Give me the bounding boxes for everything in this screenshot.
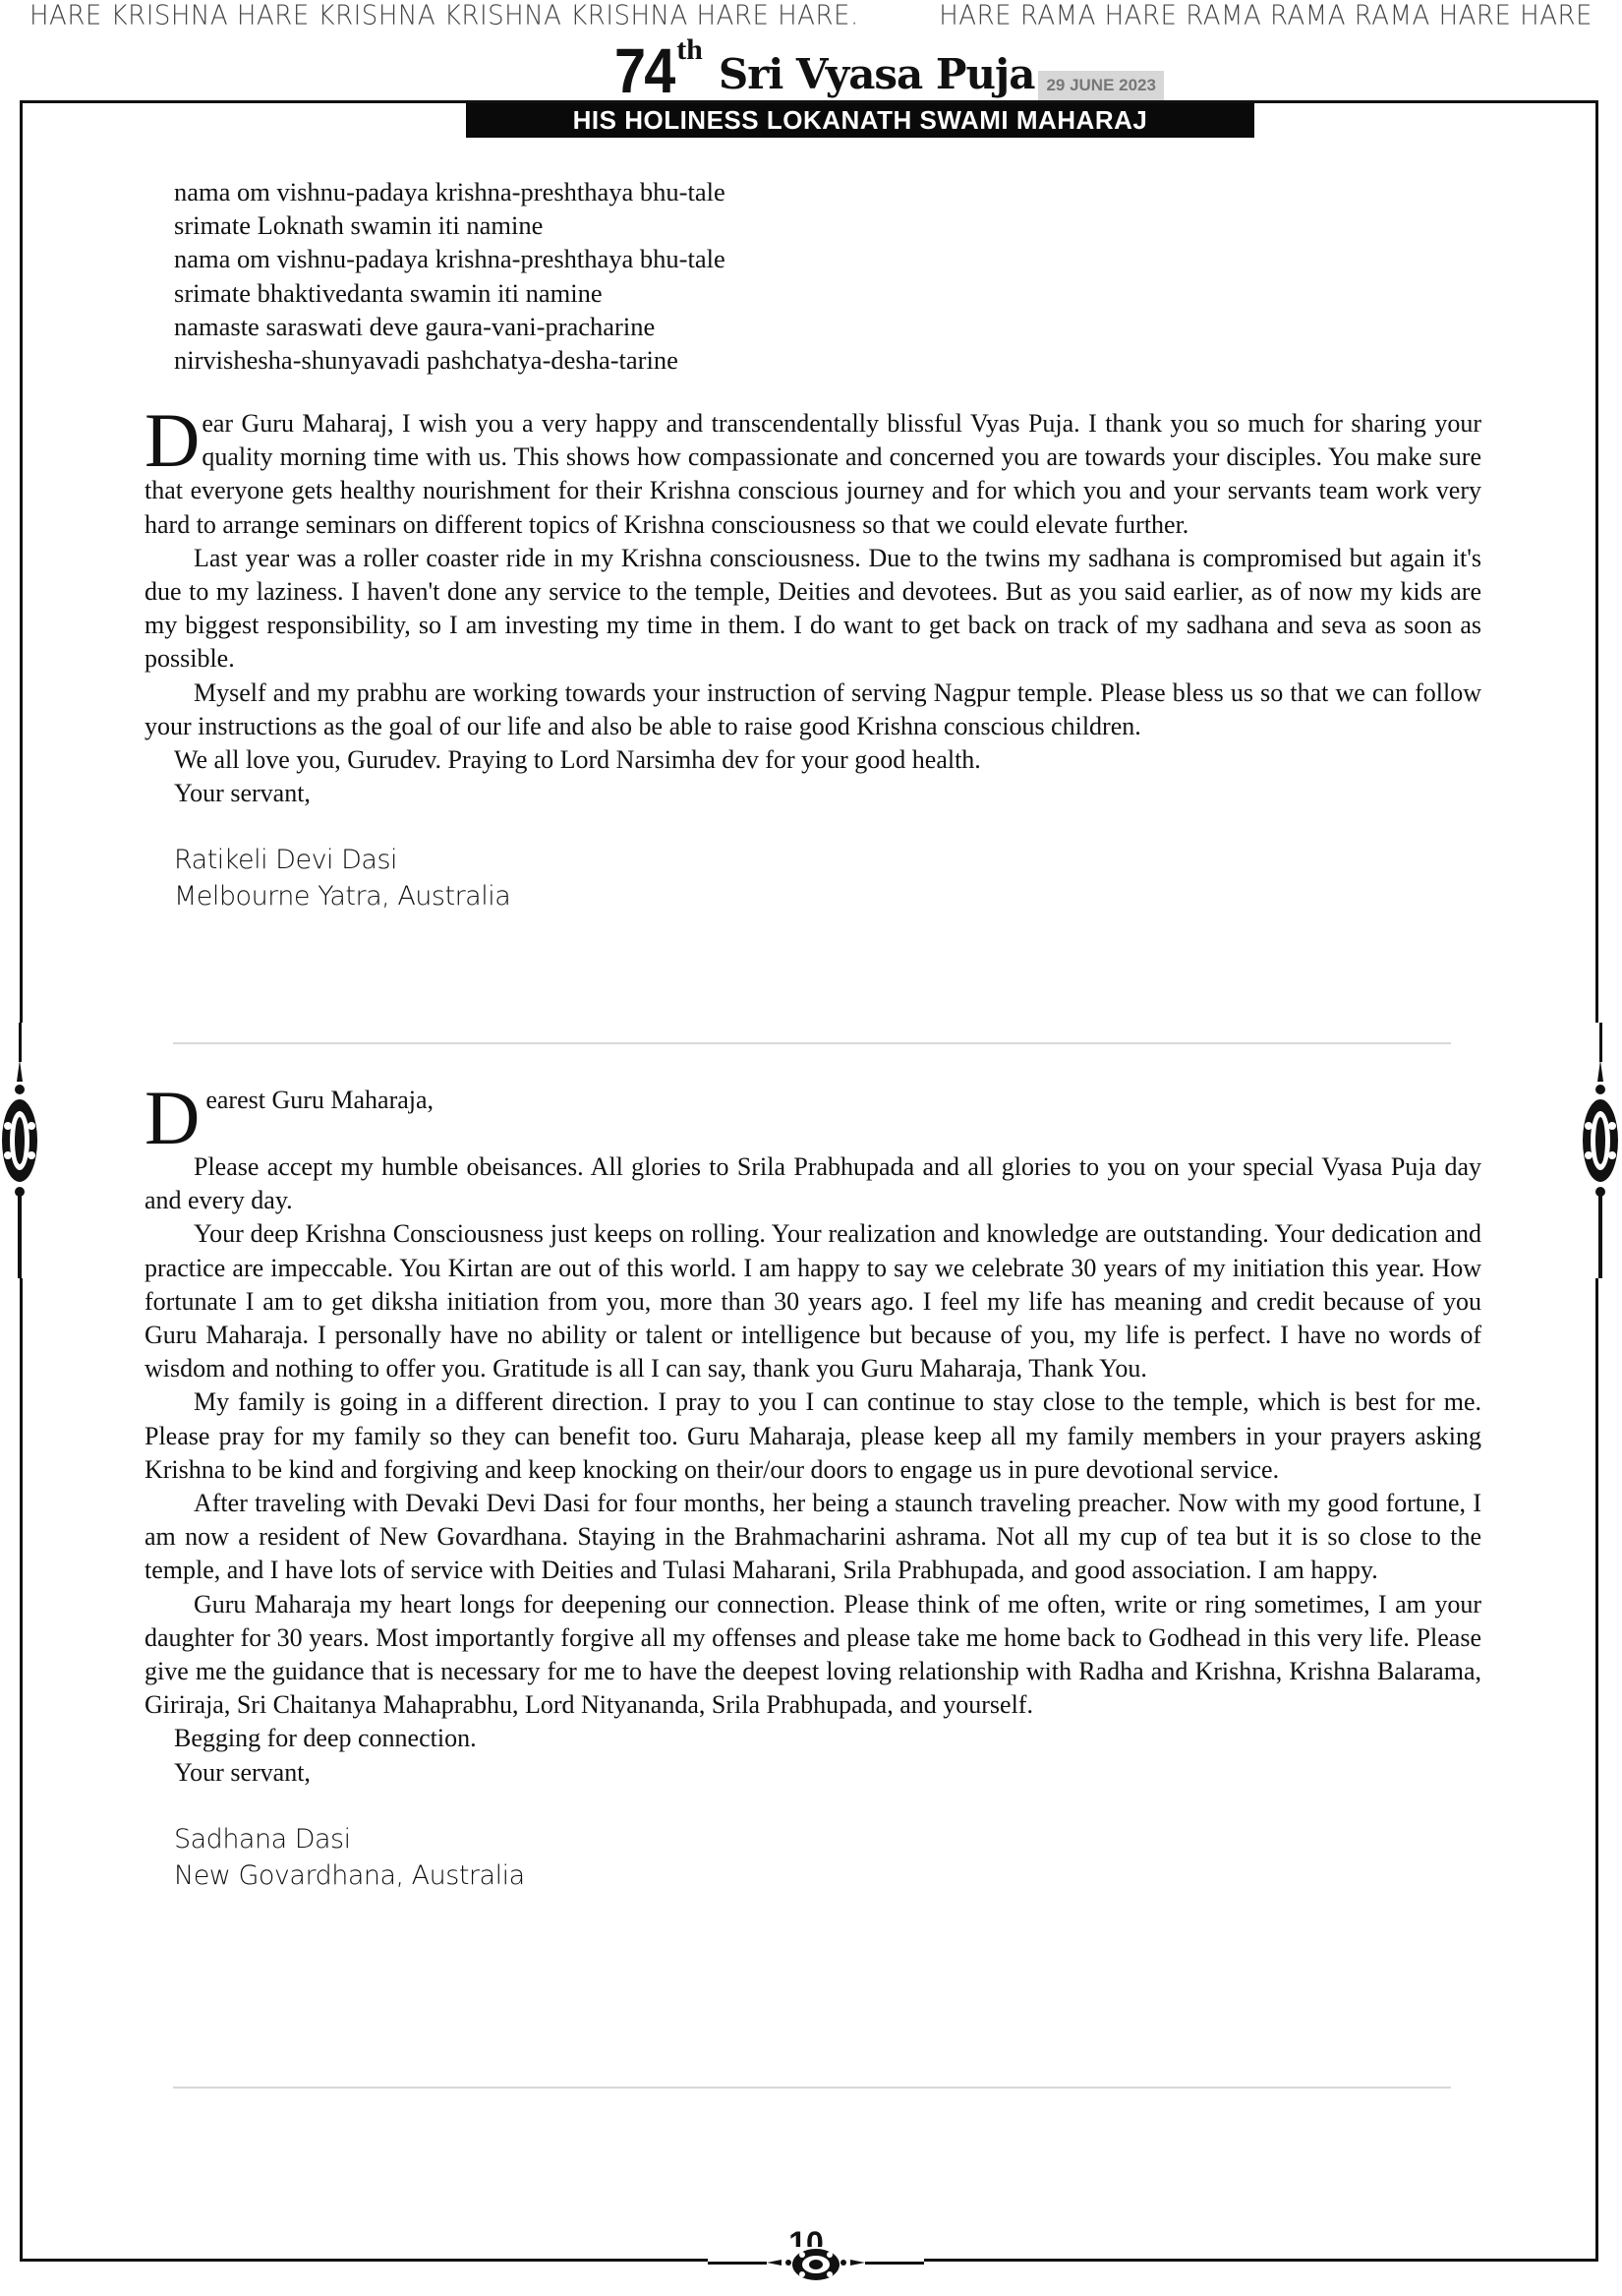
filigree-ornament-icon — [1581, 1023, 1620, 1278]
verse-line: nama om vishnu-padaya krishna-preshthaya… — [174, 175, 1511, 208]
section-divider — [173, 2087, 1451, 2089]
verse-line: nama om vishnu-padaya krishna-preshthaya… — [174, 242, 1511, 275]
title-superscript: th — [676, 33, 703, 67]
letter-paragraph: Last year was a roller coaster ride in m… — [145, 542, 1481, 677]
verse-line: nirvishesha-shunyavadi pashchatya-desha-… — [174, 343, 1511, 377]
signature-name: Ratikeli Devi Dasi — [174, 842, 1481, 878]
filigree-ornament-icon — [0, 1023, 39, 1278]
name-banner: HIS HOLINESS LOKANATH SWAMI MAHARAJ — [466, 103, 1254, 138]
mantra-left: HARE KRISHNA HARE KRISHNA KRISHNA KRISHN… — [29, 0, 859, 34]
closing-line: Begging for deep connection. — [145, 1722, 1481, 1755]
letter-sadhana: Dearest Guru Maharaja, Please accept my … — [145, 1084, 1481, 1894]
signature-place: Melbourne Yatra, Australia — [174, 878, 1481, 914]
letter-paragraph: My family is going in a different direct… — [145, 1385, 1481, 1487]
letter-paragraph: Dear Guru Maharaj, I wish you a very hap… — [145, 407, 1481, 542]
page-title: 74 th Sri Vyasa Puja 29 JUNE 2023 — [614, 37, 1164, 100]
signature-place: New Govardhana, Australia — [174, 1857, 1481, 1894]
mantra-right: HARE RAMA HARE RAMA RAMA RAMA HARE HARE — [939, 0, 1593, 34]
salutation: Dearest Guru Maharaja, — [145, 1084, 1481, 1150]
signature-name: Sadhana Dasi — [174, 1821, 1481, 1857]
title-text: Sri Vyasa Puja — [719, 49, 1035, 100]
letter-paragraph: After traveling with Devaki Devi Dasi fo… — [145, 1487, 1481, 1588]
section-divider — [173, 1042, 1451, 1044]
letter-paragraph: Your deep Krishna Consciousness just kee… — [145, 1217, 1481, 1385]
closing-line: We all love you, Gurudev. Praying to Lor… — [145, 743, 1481, 777]
signature: Sadhana Dasi New Govardhana, Australia — [145, 1821, 1481, 1894]
verse-line: srimate Loknath swamin iti namine — [174, 208, 1511, 242]
drop-cap: D — [145, 1088, 200, 1148]
signature: Ratikeli Devi Dasi Melbourne Yatra, Aust… — [145, 842, 1481, 914]
verse-line: srimate bhaktivedanta swamin iti namine — [174, 276, 1511, 310]
letter-paragraph: Guru Maharaja my heart longs for deepeni… — [145, 1588, 1481, 1723]
drop-cap: D — [145, 411, 200, 470]
letter-paragraph: Myself and my prabhu are working towards… — [145, 677, 1481, 743]
verse-line: namaste saraswati deve gaura-vani-pracha… — [174, 310, 1511, 343]
date-badge: 29 JUNE 2023 — [1038, 71, 1164, 100]
letter-ratikeli: Dear Guru Maharaj, I wish you a very hap… — [145, 407, 1481, 914]
closing-line: Your servant, — [145, 1756, 1481, 1790]
title-number: 74 — [614, 41, 673, 100]
flourish-divider-icon — [708, 2247, 924, 2296]
closing-line: Your servant, — [145, 777, 1481, 810]
invocation-verse: nama om vishnu-padaya krishna-preshthaya… — [174, 175, 1511, 377]
mantra-header: HARE KRISHNA HARE KRISHNA KRISHNA KRISHN… — [0, 0, 1622, 34]
letter-paragraph: Please accept my humble obeisances. All … — [145, 1150, 1481, 1217]
